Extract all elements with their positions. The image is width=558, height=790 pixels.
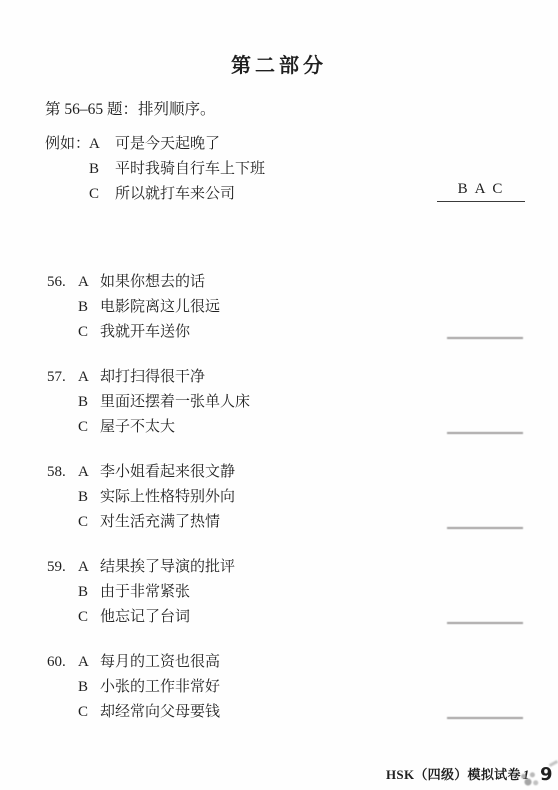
answer-blank bbox=[447, 527, 523, 529]
option-text: 却经常向父母要钱 bbox=[100, 704, 220, 720]
exam-paper-page: 第二部分 第 56–65 题：排列顺序。 例如：A可是今天起晚了 B平时我骑自行… bbox=[0, 0, 558, 790]
option-text: 屋子不太大 bbox=[100, 419, 175, 435]
question-block-59: 59.A结果挨了导演的批评 B由于非常紧张 C他忘记了台词 bbox=[47, 555, 547, 630]
option-letter: B bbox=[78, 580, 100, 605]
option-row: 56.A如果你想去的话 bbox=[47, 270, 547, 295]
option-letter: C bbox=[78, 510, 100, 535]
option-row: B由于非常紧张 bbox=[47, 580, 547, 605]
option-text: 实际上性格特别外向 bbox=[100, 489, 235, 505]
option-letter: B bbox=[78, 295, 100, 320]
option-text: 我就开车送你 bbox=[100, 324, 190, 340]
answer-blank bbox=[447, 717, 523, 719]
option-text: 李小姐看起来很文静 bbox=[100, 464, 235, 480]
example-label: 例如： bbox=[45, 132, 89, 157]
option-text: 平时我骑自行车上下班 bbox=[115, 161, 265, 177]
question-number: 58. bbox=[47, 460, 78, 485]
option-row: C屋子不太大 bbox=[47, 415, 547, 440]
option-row: 57.A却打扫得很干净 bbox=[47, 365, 547, 390]
option-letter: C bbox=[78, 415, 100, 440]
option-letter: A bbox=[78, 270, 100, 295]
option-text: 每月的工资也很高 bbox=[100, 654, 220, 670]
question-block-57: 57.A却打扫得很干净 B里面还摆着一张单人床 C屋子不太大 bbox=[47, 365, 547, 440]
option-letter: B bbox=[78, 390, 100, 415]
option-text: 电影院离这儿很远 bbox=[100, 299, 220, 315]
option-text: 他忘记了台词 bbox=[100, 609, 190, 625]
question-number: 60. bbox=[47, 650, 78, 675]
option-row: 59.A结果挨了导演的批评 bbox=[47, 555, 547, 580]
option-letter: C bbox=[78, 700, 100, 725]
option-text: 对生活充满了热情 bbox=[100, 514, 220, 530]
option-text: 如果你想去的话 bbox=[100, 274, 205, 290]
option-row: B实际上性格特别外向 bbox=[47, 485, 547, 510]
option-letter: A bbox=[78, 555, 100, 580]
option-text: 所以就打车来公司 bbox=[115, 186, 235, 202]
option-row: C却经常向父母要钱 bbox=[47, 700, 547, 725]
option-text: 却打扫得很干净 bbox=[100, 369, 205, 385]
option-row: B小张的工作非常好 bbox=[47, 675, 547, 700]
option-row: C他忘记了台词 bbox=[47, 605, 547, 630]
question-number: 59. bbox=[47, 555, 78, 580]
option-text: 结果挨了导演的批评 bbox=[100, 559, 235, 575]
section-instructions: 第 56–65 题：排列顺序。 bbox=[45, 99, 216, 121]
option-letter: C bbox=[78, 320, 100, 345]
question-block-56: 56.A如果你想去的话 B电影院离这儿很远 C我就开车送你 bbox=[47, 270, 547, 345]
question-block-60: 60.A每月的工资也很高 B小张的工作非常好 C却经常向父母要钱 bbox=[47, 650, 547, 725]
option-text: 由于非常紧张 bbox=[100, 584, 190, 600]
section-heading: 第二部分 bbox=[0, 53, 558, 79]
option-letter: A bbox=[78, 460, 100, 485]
option-letter: A bbox=[78, 650, 100, 675]
option-text: 可是今天起晚了 bbox=[115, 136, 220, 152]
ink-smudge bbox=[517, 770, 539, 786]
option-text: 里面还摆着一张单人床 bbox=[100, 394, 250, 410]
option-letter: A bbox=[78, 365, 100, 390]
option-text: 小张的工作非常好 bbox=[100, 679, 220, 695]
option-letter: B bbox=[89, 157, 115, 182]
question-number: 57. bbox=[47, 365, 78, 390]
page-number: 9 bbox=[540, 764, 553, 785]
option-letter: A bbox=[89, 132, 115, 157]
option-row: B里面还摆着一张单人床 bbox=[47, 390, 547, 415]
ink-smudge bbox=[549, 760, 558, 767]
answer-blank bbox=[447, 337, 523, 339]
example-answer: B A C bbox=[437, 179, 525, 202]
answer-blank bbox=[447, 432, 523, 434]
option-row: B电影院离这儿很远 bbox=[47, 295, 547, 320]
question-block-58: 58.A李小姐看起来很文静 B实际上性格特别外向 C对生活充满了热情 bbox=[47, 460, 547, 535]
option-letter: B bbox=[78, 485, 100, 510]
option-letter: C bbox=[78, 605, 100, 630]
booklet-title-text: HSK（四级）模拟试卷 bbox=[386, 767, 521, 782]
answer-blank bbox=[447, 622, 523, 624]
option-row: 58.A李小姐看起来很文静 bbox=[47, 460, 547, 485]
example-row: 例如：A可是今天起晚了 bbox=[45, 132, 545, 157]
example-block: 例如：A可是今天起晚了 B平时我骑自行车上下班 C所以就打车来公司 B A C bbox=[45, 132, 545, 207]
option-letter: C bbox=[89, 182, 115, 207]
option-row: 60.A每月的工资也很高 bbox=[47, 650, 547, 675]
option-letter: B bbox=[78, 675, 100, 700]
question-number: 56. bbox=[47, 270, 78, 295]
option-row: C我就开车送你 bbox=[47, 320, 547, 345]
option-row: C对生活充满了热情 bbox=[47, 510, 547, 535]
footer-booklet-title: HSK（四级）模拟试卷1 bbox=[386, 766, 530, 783]
